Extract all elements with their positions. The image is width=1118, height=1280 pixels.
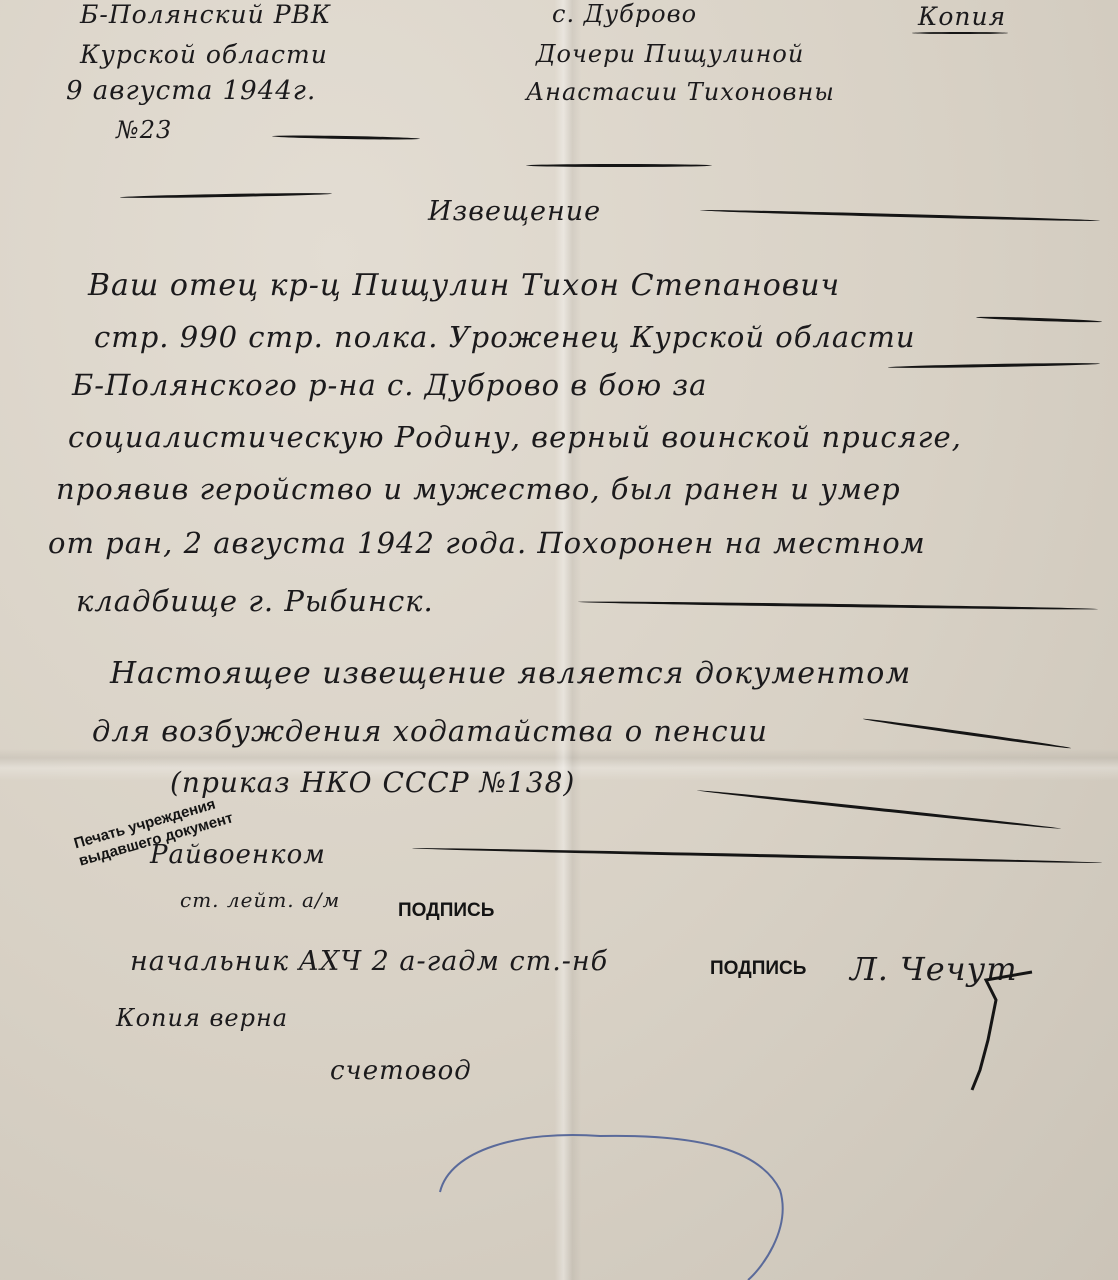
document-page: Б-Полянский РВК Курской области 9 август…: [0, 0, 1118, 1280]
ink-marks: [0, 0, 1118, 1280]
